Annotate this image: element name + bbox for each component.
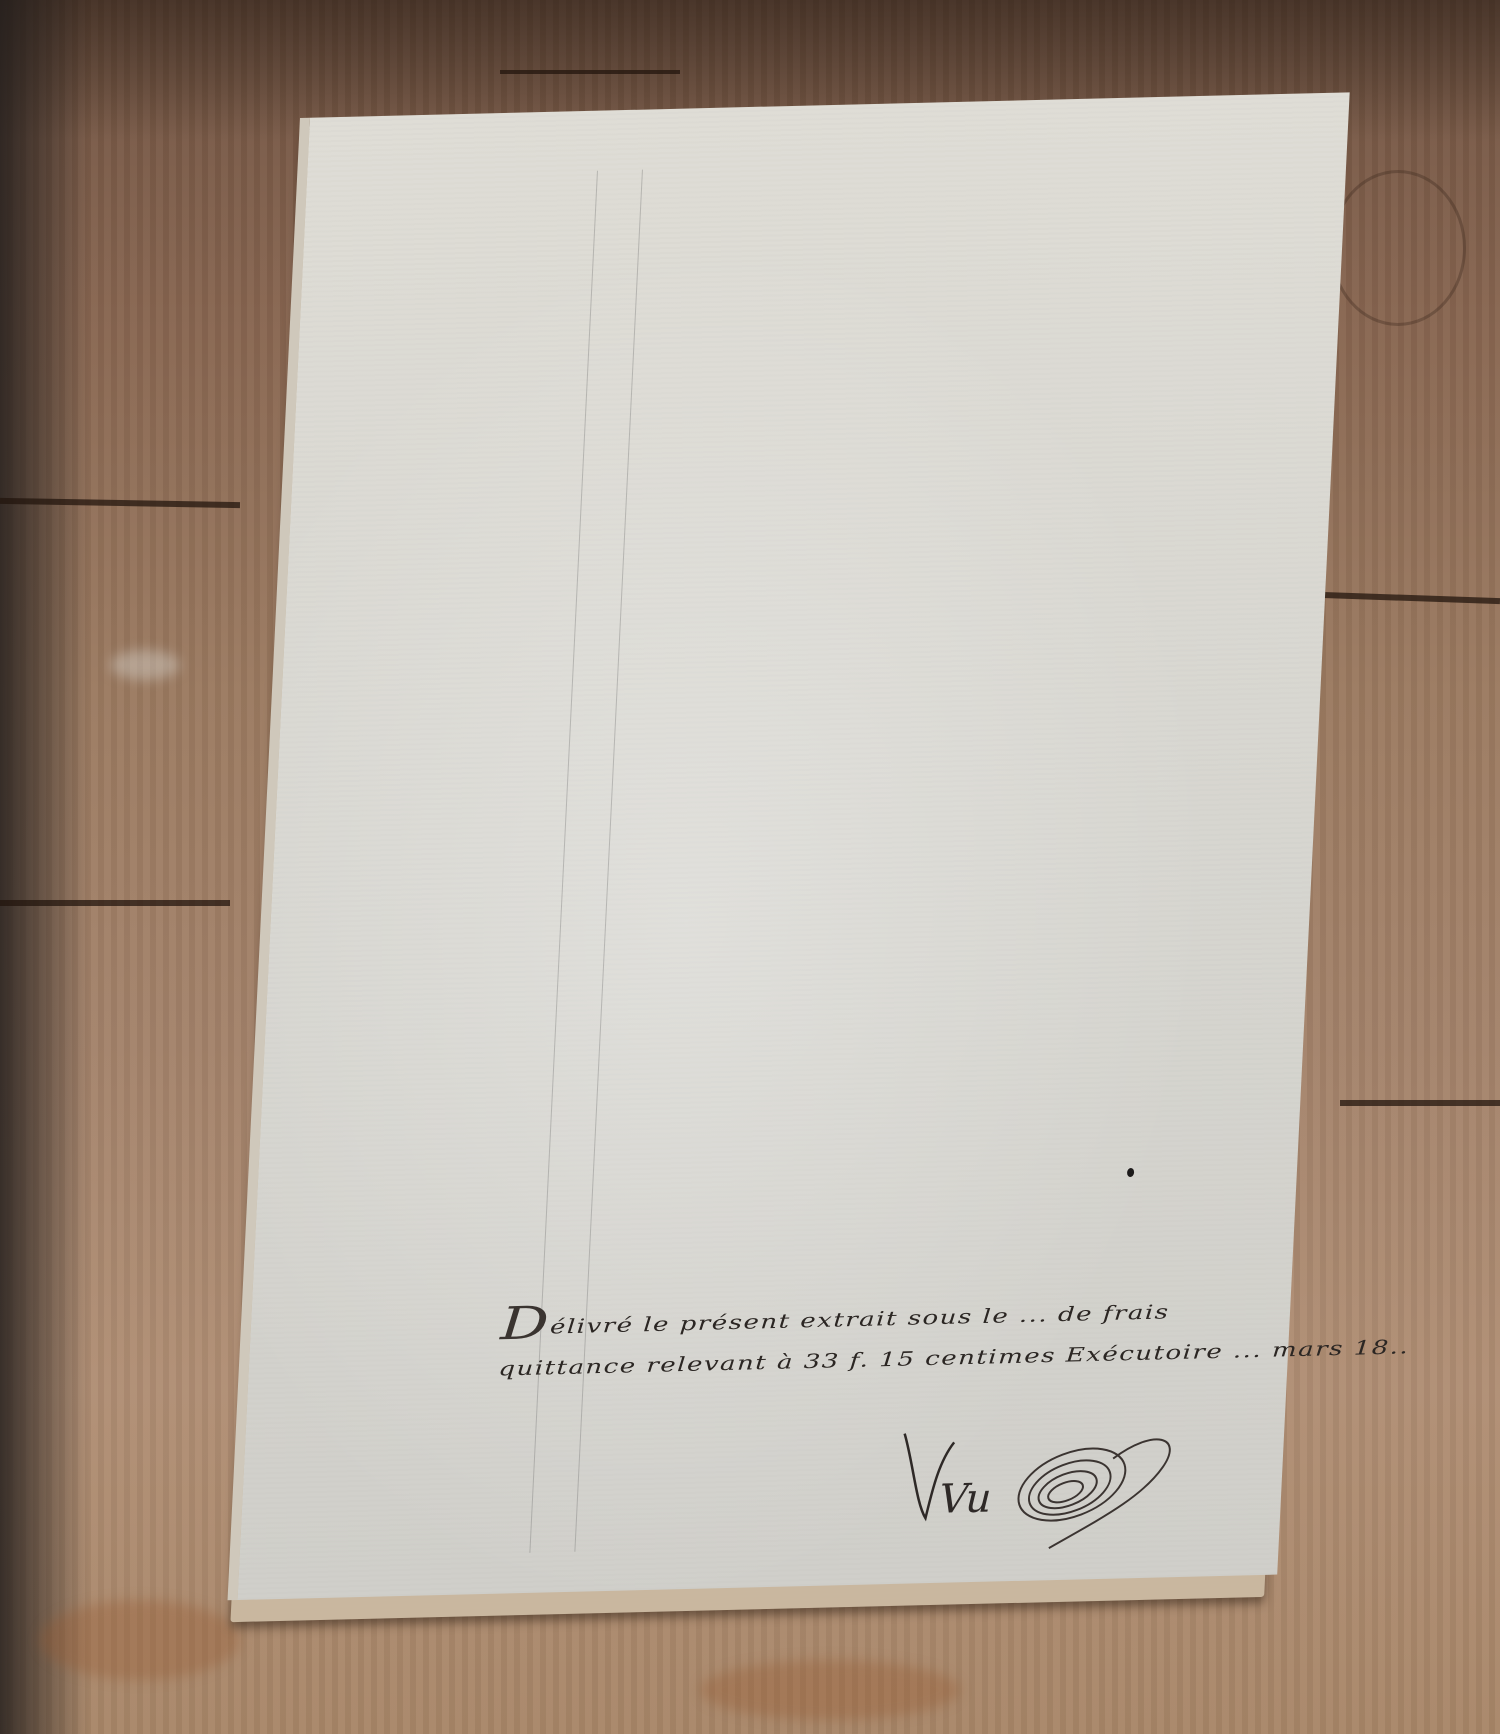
document-stack: Délivré le présent extrait sous le ... d…: [227, 93, 1340, 1611]
wood-stain: [40, 1600, 240, 1680]
plank-seam: [1340, 1100, 1500, 1106]
paraph-flourish-icon: [1006, 1433, 1170, 1549]
ink-spot: [1127, 1168, 1134, 1177]
signature: Vu: [879, 1396, 1206, 1554]
handwriting-line-2: quittance relevant à 33 f. 15 centimes E…: [498, 1335, 1279, 1384]
document-page: Délivré le présent extrait sous le ... d…: [228, 92, 1350, 1600]
shadowed-edge: [0, 0, 90, 1734]
handwritten-note: Délivré le présent extrait sous le ... d…: [497, 1284, 1281, 1389]
handwriting-text-2: quittance relevant à 33 f. 15 centimes E…: [498, 1336, 1410, 1381]
signature-text: Vu: [938, 1476, 992, 1523]
plank-seam: [0, 900, 230, 906]
wood-knot: [1330, 170, 1466, 326]
plank-seam: [500, 70, 680, 74]
decorative-initial: D: [499, 1297, 551, 1351]
handwriting-text-1: élivré le présent extrait sous le ... de…: [549, 1301, 1170, 1339]
handwriting-line-1: Délivré le présent extrait sous le ... d…: [500, 1290, 1281, 1344]
wood-stain: [700, 1660, 960, 1720]
wood-stain: [110, 650, 180, 680]
